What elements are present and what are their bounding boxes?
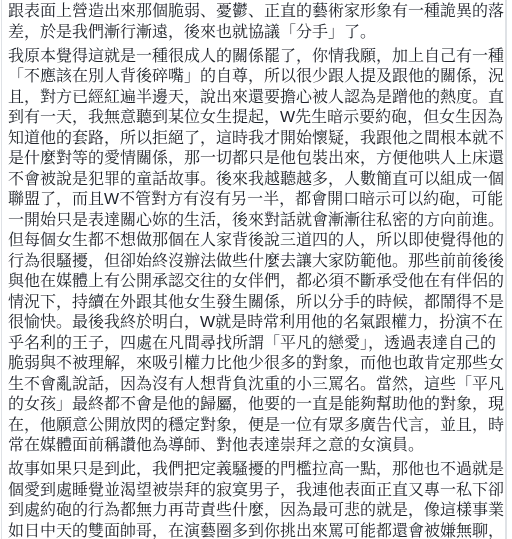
text-line: 脆弱與不被理解，來吸引權力比他少很多的對象，而他也敢肯定那些女	[8, 354, 506, 375]
text-line: 到處約砲的行為都無力再苛責些什麼，因為最可悲的就是，像這樣事業	[8, 501, 506, 522]
text-line: 故事如果只是到此，我們把定義騷擾的門檻拉高一點，那他也不過就是	[8, 460, 506, 481]
paragraph-3: 故事如果只是到此，我們把定義騷擾的門檻拉高一點，那他也不過就是個愛到處睡覺並渴望…	[8, 460, 506, 539]
text-line: 如日中天的雙面帥哥，在演藝圈多到你挑出來罵可能都還會被嫌無聊，	[8, 522, 506, 539]
text-line: 生不會亂說話，因為沒有人想背負沈重的小三罵名。當然，這些「平凡	[8, 375, 506, 396]
paragraph-1: 跟表面上營造出來那個脆弱、憂鬱、正直的藝術家形象有一種詭異的落差，於是我們漸行漸…	[8, 2, 506, 43]
text-line: 差，於是我們漸行漸遠，後來也就協議「分手」了。	[8, 23, 506, 44]
text-line: 的女孩」最終都不會是他的歸屬，他要的一直是能夠幫助他的對象，現	[8, 395, 506, 416]
text-line: 不會被說是犯罪的童話故事。後來我越聽越多，人數簡直可以組成一個	[8, 170, 506, 191]
paragraph-2: 我原本覺得這就是一種很成人的關係罷了，你情我願，加上自己有一種「不應該在別人背後…	[8, 47, 506, 457]
text-line: 「不應該在別人背後碎嘴」的自尊，所以很少跟人提及跟他的關係，況	[8, 67, 506, 88]
text-line: 情況下，持續在外跟其他女生發生關係，所以分手的時候，都鬧得不是	[8, 293, 506, 314]
text-line: 常在媒體面前稱讚他為導師、對他表達崇拜之意的女演員。	[8, 436, 506, 457]
left-column-border	[1, 0, 2, 539]
text-line: 我原本覺得這就是一種很成人的關係罷了，你情我願，加上自己有一種	[8, 47, 506, 68]
post-text: 跟表面上營造出來那個脆弱、憂鬱、正直的藝術家形象有一種詭異的落差，於是我們漸行漸…	[8, 2, 506, 539]
text-line: 聯盟了，而且W不管對方有沒有另一半，都會開口暗示可以約砲，可能	[8, 190, 506, 211]
text-line: 在，他願意公開放閃的穩定對象，便是一位有眾多廣告代言，並且，時	[8, 416, 506, 437]
text-line: 與他在媒體上有公開承認交往的女伴們，都必須不斷承受他在有伴侶的	[8, 272, 506, 293]
text-line: 乎名利的王子，四處在凡間尋找所謂「平凡的戀愛」，透過表達自己的	[8, 334, 506, 355]
text-line: 是什麼對等的愛情關係，那一切都只是他包裝出來，方便他哄人上床還	[8, 149, 506, 170]
text-line: 且，對方已經紅遍半邊天，說出來還要擔心被人認為是蹭他的熱度。直	[8, 88, 506, 109]
text-line: 但每個女生都不想做那個在人家背後說三道四的人，所以即使覺得他的	[8, 231, 506, 252]
text-line: 到有一天，我無意聽到某位女生提起，W先生暗示要約砲，但女生因為	[8, 108, 506, 129]
text-line: 跟表面上營造出來那個脆弱、憂鬱、正直的藝術家形象有一種詭異的落	[8, 2, 506, 23]
text-line: 一開始只是表達關心妳的生活，後來對話就會漸漸往私密的方向前進。	[8, 211, 506, 232]
text-line: 行為很騷擾，但卻始終沒辦法做些什麼去讓大家防範他。那些前前後後	[8, 252, 506, 273]
text-line: 知道他的套路，所以拒絕了，這時我才開始懷疑，我跟他之間根本就不	[8, 129, 506, 150]
text-line: 很愉快。最後我終於明白，W就是時常利用他的名氣跟權力，扮演不在	[8, 313, 506, 334]
text-line: 個愛到處睡覺並渴望被崇拜的寂寞男子，我連他表面正直又專一私下卻	[8, 481, 506, 502]
